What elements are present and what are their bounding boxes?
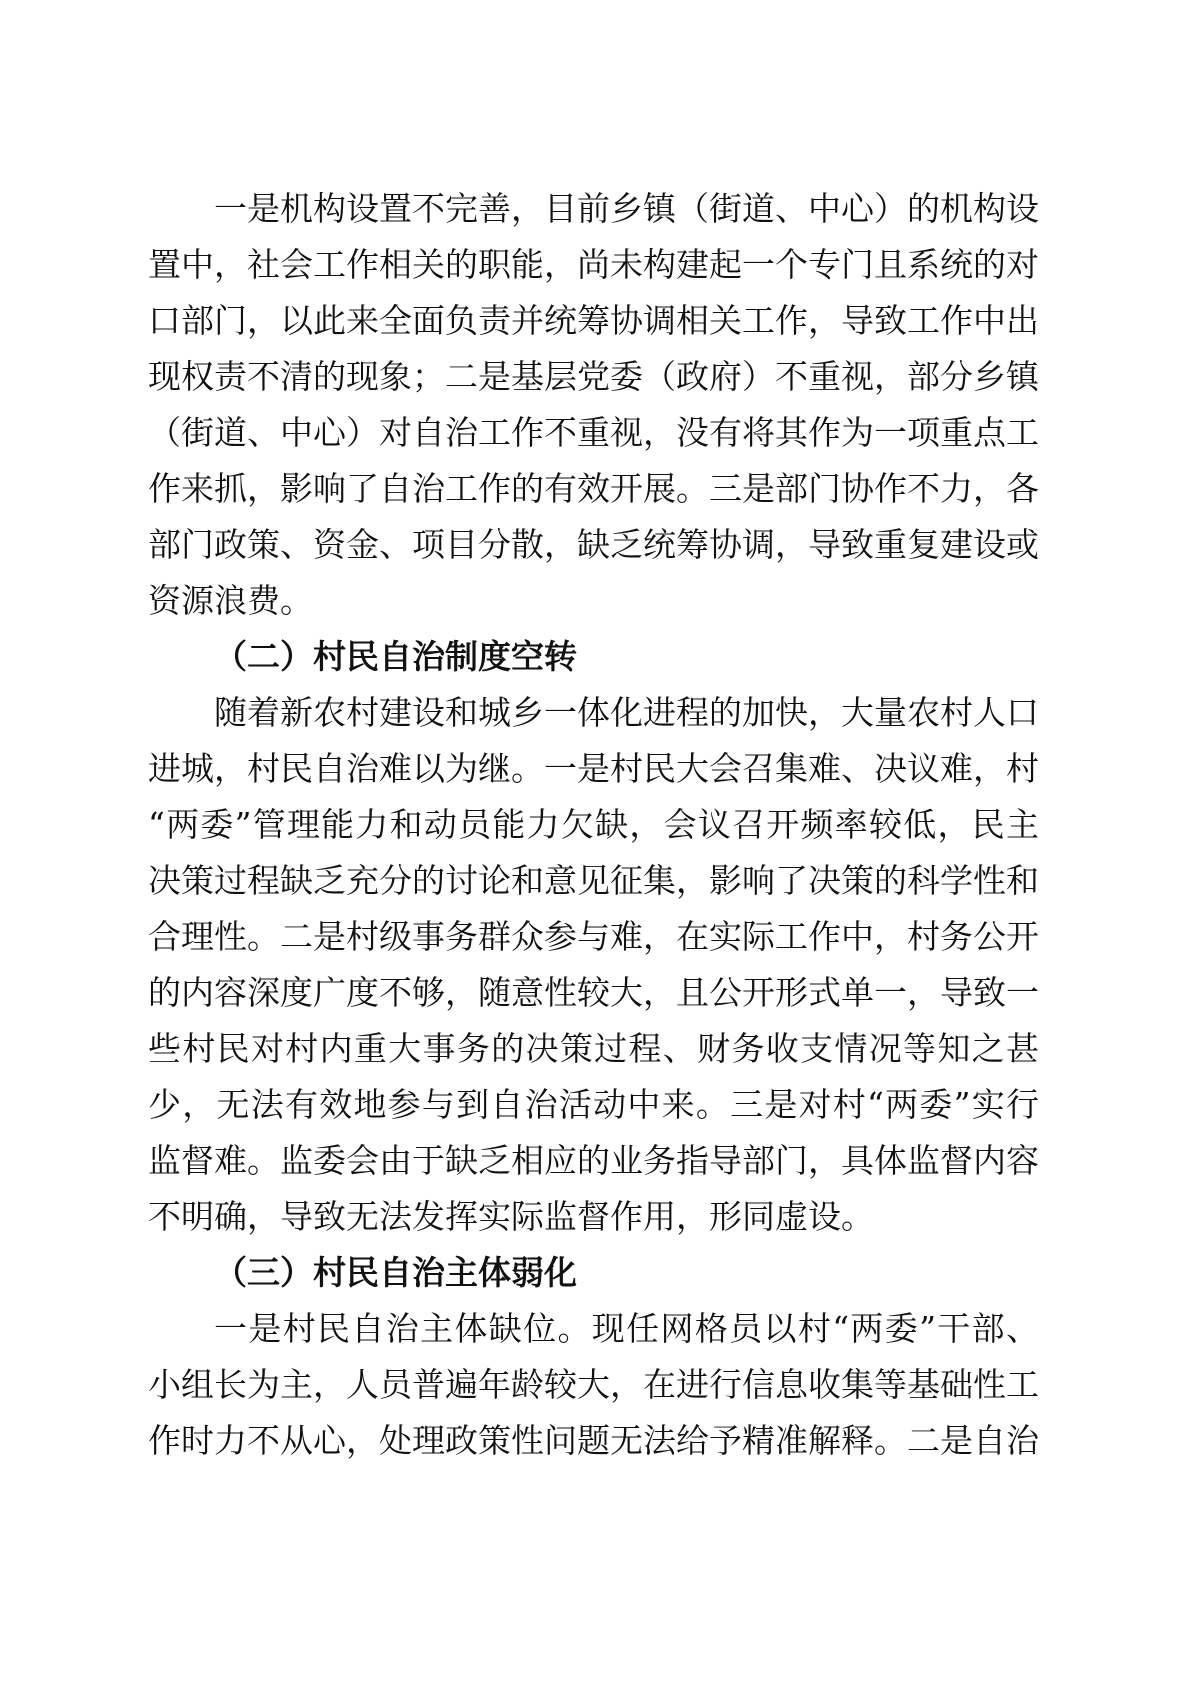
text-line: 置中，社会工作相关的职能，尚未构建起一个专门且系统的对 [148, 237, 1039, 293]
text-block: 一是机构设置不完善，目前乡镇（街道、中心）的机构设 置中，社会工作相关的职能，尚… [148, 181, 1039, 1469]
text-line: “两委”管理能力和动员能力欠缺，会议召开频率较低，民主 [148, 797, 1039, 853]
text-line: 一是村民自治主体缺位。现任网格员以村“两委”干部、 [148, 1301, 1039, 1357]
text-line: 的内容深度广度不够，随意性较大，且公开形式单一，导致一 [148, 965, 1039, 1021]
text-line: 部门政策、资金、项目分散，缺乏统筹协调，导致重复建设或 [148, 517, 1039, 573]
text-line: （街道、中心）对自治工作不重视，没有将其作为一项重点工 [148, 405, 1039, 461]
text-line: 少，无法有效地参与到自治活动中来。三是对村“两委”实行 [148, 1077, 1039, 1133]
text-line: 口部门，以此来全面负责并统筹协调相关工作，导致工作中出 [148, 293, 1039, 349]
section-heading: （三）村民自治主体弱化 [148, 1245, 1039, 1301]
text-line: 一是机构设置不完善，目前乡镇（街道、中心）的机构设 [148, 181, 1039, 237]
text-line: 不明确，导致无法发挥实际监督作用，形同虚设。 [148, 1189, 1039, 1245]
text-line: 合理性。二是村级事务群众参与难，在实际工作中，村务公开 [148, 909, 1039, 965]
text-line: 决策过程缺乏充分的讨论和意见征集，影响了决策的科学性和 [148, 853, 1039, 909]
text-line: 些村民对村内重大事务的决策过程、财务收支情况等知之甚 [148, 1021, 1039, 1077]
text-line: 现权责不清的现象；二是基层党委（政府）不重视，部分乡镇 [148, 349, 1039, 405]
text-line: 小组长为主，人员普遍年龄较大，在进行信息收集等基础性工 [148, 1357, 1039, 1413]
text-line: 作来抓，影响了自治工作的有效开展。三是部门协作不力，各 [148, 461, 1039, 517]
text-line: 作时力不从心，处理政策性问题无法给予精准解释。二是自治 [148, 1413, 1039, 1469]
text-line: 资源浪费。 [148, 573, 1039, 629]
text-line: 进城，村民自治难以为继。一是村民大会召集难、决议难，村 [148, 741, 1039, 797]
text-line: 随着新农村建设和城乡一体化进程的加快，大量农村人口 [148, 685, 1039, 741]
document-page: 一是机构设置不完善，目前乡镇（街道、中心）的机构设 置中，社会工作相关的职能，尚… [0, 0, 1190, 1683]
text-line: 监督难。监委会由于缺乏相应的业务指导部门，具体监督内容 [148, 1133, 1039, 1189]
section-heading: （二）村民自治制度空转 [148, 629, 1039, 685]
